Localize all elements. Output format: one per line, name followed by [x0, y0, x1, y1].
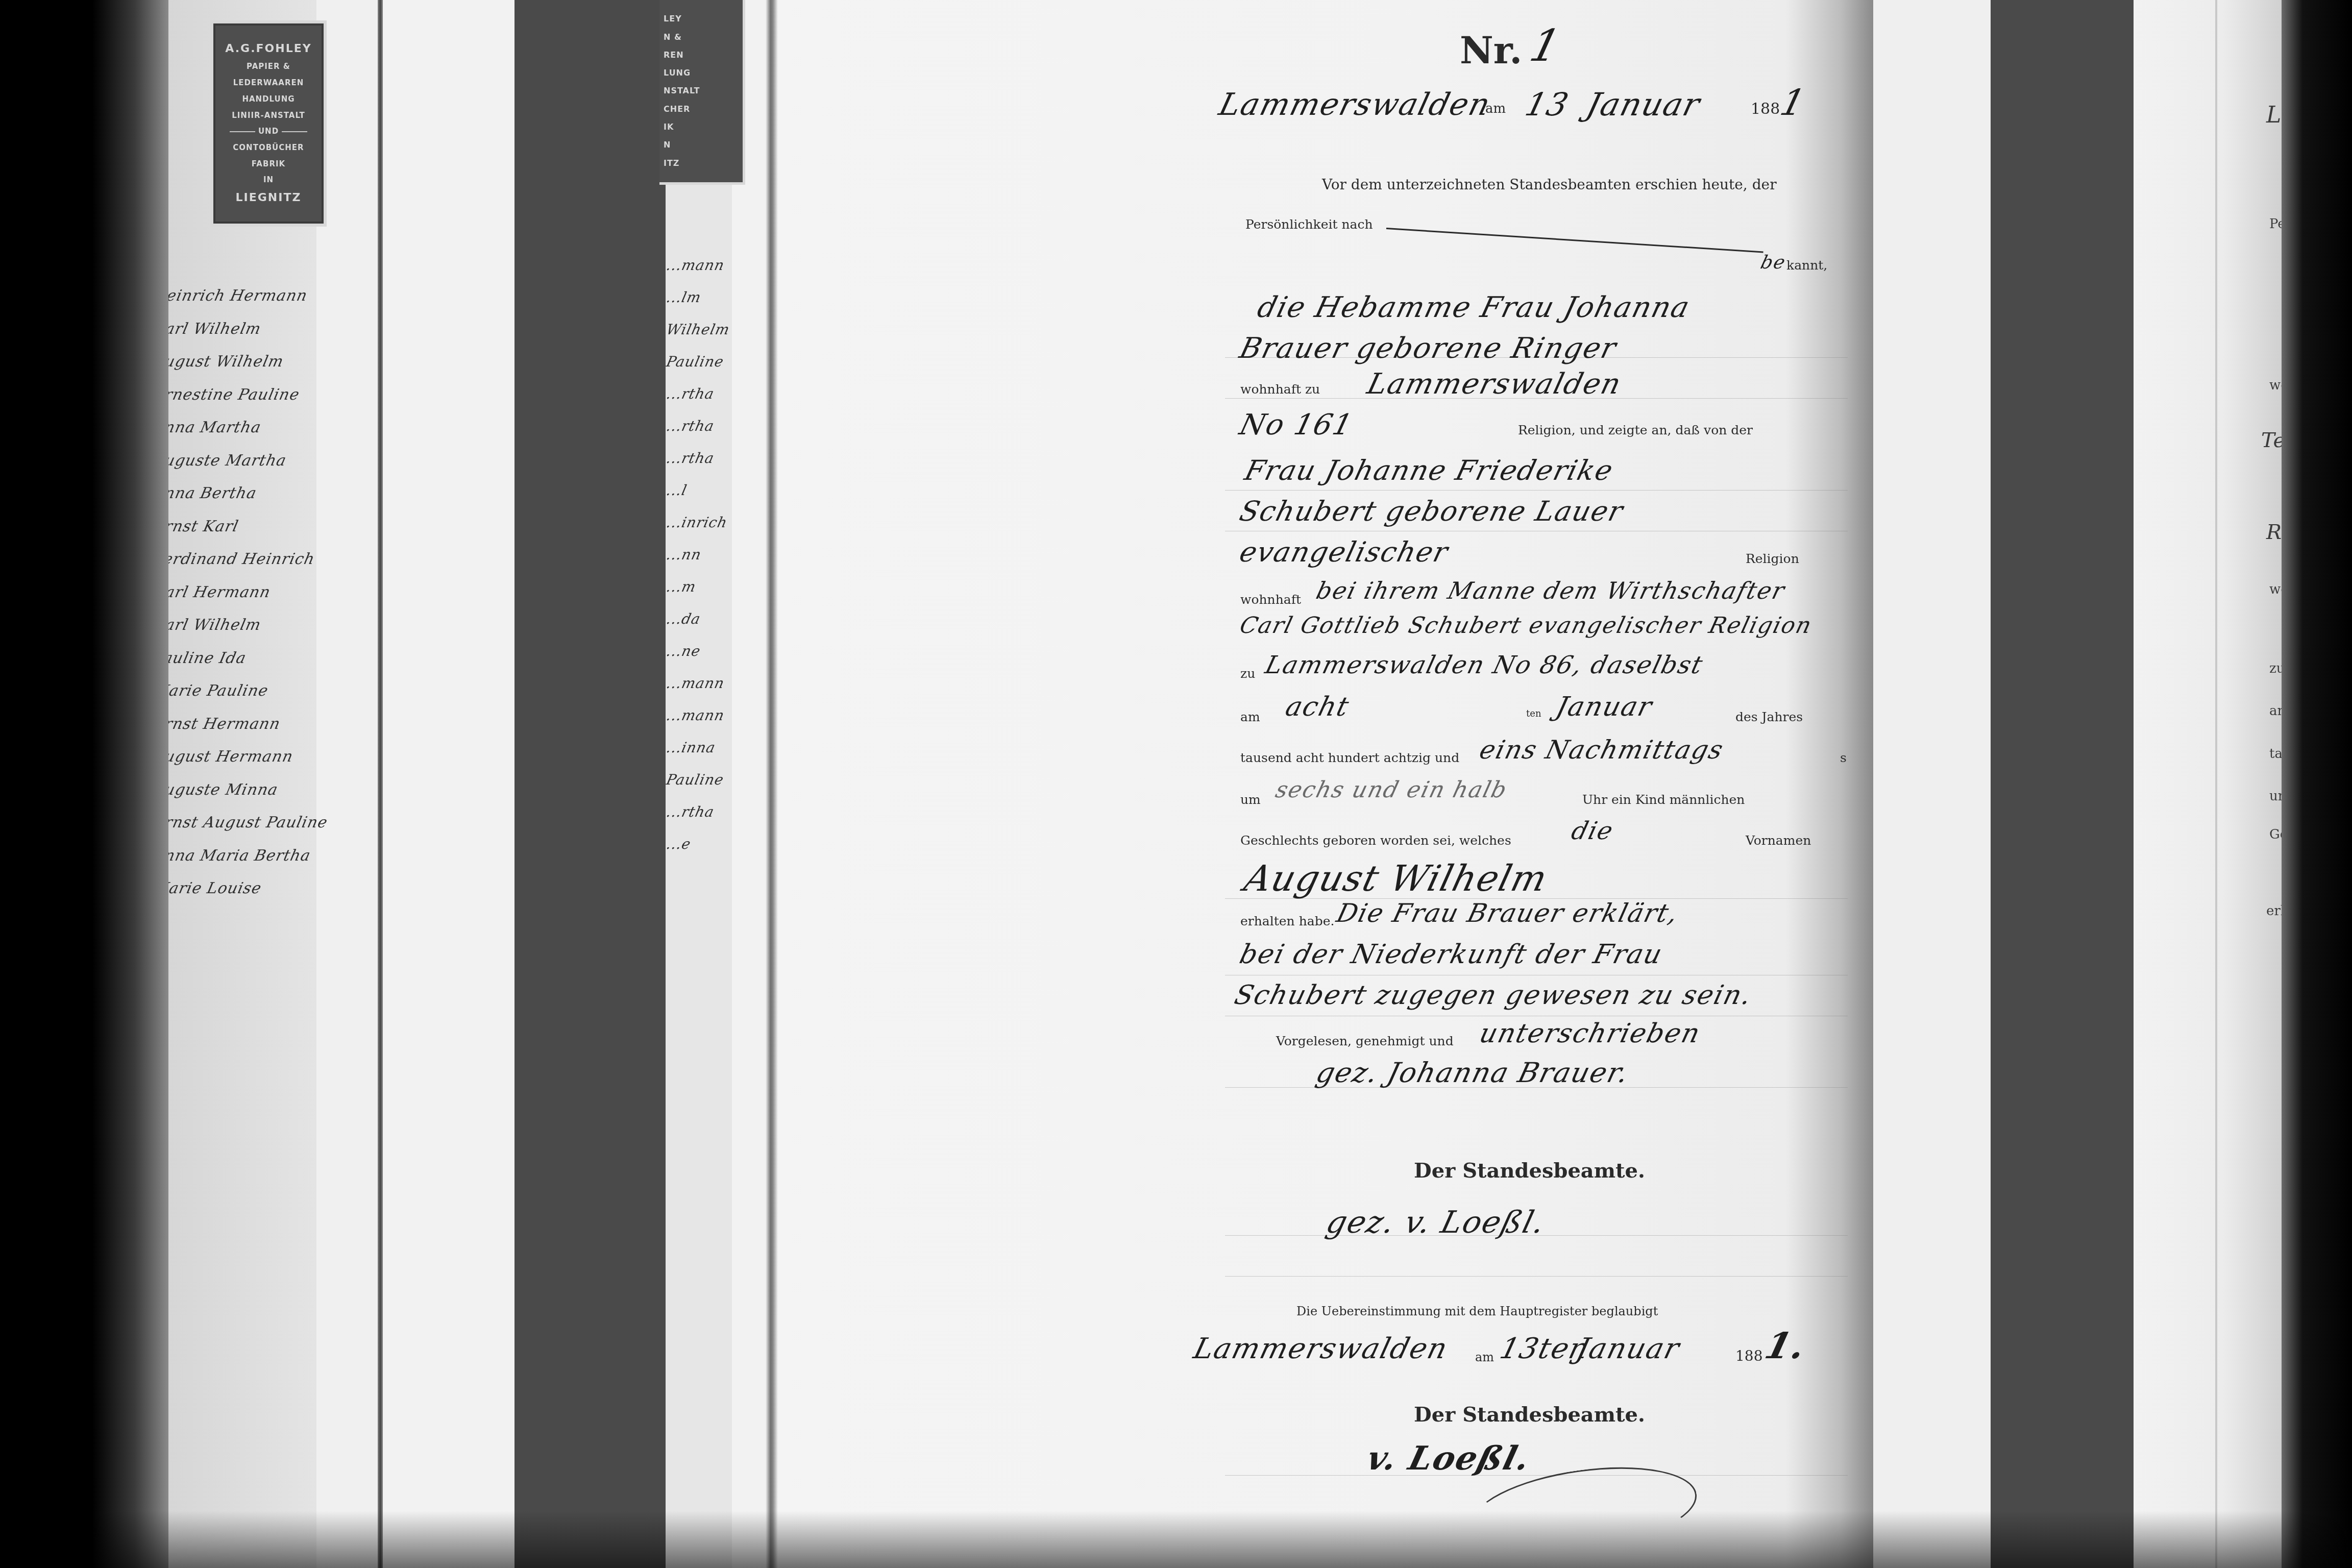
label-line: IN — [263, 176, 274, 184]
handwritten-line: No 161 — [1236, 408, 1357, 442]
list-item: ...rtha — [663, 442, 772, 474]
date-month: Januar — [1583, 86, 1704, 123]
cert-month: Januar — [1573, 1332, 1683, 1365]
printed-suffix: ten — [1526, 708, 1541, 719]
list-item: Anna Maria Bertha — [150, 840, 371, 873]
list-item: ...nn — [663, 538, 772, 571]
year-prefix: 188 — [1735, 1347, 1762, 1364]
given-names: August Wilhelm — [1240, 857, 1552, 899]
label-line: HANDLUNG — [242, 95, 295, 103]
label-line: LINIIR-ANSTALT — [232, 112, 305, 119]
list-item: ...inrich — [663, 506, 772, 538]
list-item: Wilhelm — [663, 313, 772, 346]
blank-page-strip — [1873, 0, 1991, 1568]
label-line: IK — [664, 123, 674, 131]
list-item: Heinrich Hermann — [150, 280, 371, 313]
frame-shadow-left — [0, 0, 168, 1568]
list-item: ...ne — [663, 635, 772, 667]
list-item: ...rtha — [663, 410, 772, 442]
label-line: CONTOBÜCHER — [233, 144, 304, 152]
list-item: Carl Wilhelm — [150, 313, 371, 346]
label-line: N & — [664, 33, 682, 41]
registrar-signature-2: v. Loeßl. — [1363, 1439, 1535, 1478]
printed-line: Religion — [1746, 551, 1799, 566]
printed-line: Vornamen — [1746, 833, 1811, 848]
list-item: Marie Pauline — [150, 675, 371, 708]
ruled-line — [1225, 975, 1848, 975]
label-line: CHER — [664, 105, 690, 113]
handwritten-line: eins Nachmittags — [1477, 735, 1727, 765]
blank-page-strip — [383, 0, 516, 1568]
left-index-list: Heinrich Hermann Carl Wilhelm August Wil… — [153, 280, 367, 905]
page-edge-line — [2215, 0, 2217, 1568]
printed-line: tausend acht hundert achtzig und — [1240, 750, 1459, 765]
list-item: Ferdinand Heinrich — [150, 543, 371, 576]
handwritten-line: die — [1569, 817, 1616, 845]
list-item: Pauline — [663, 764, 772, 796]
label-rule — [282, 131, 307, 132]
label-line: NSTALT — [664, 87, 700, 95]
printed-line: am — [1240, 709, 1260, 724]
handwritten-line: unterschrieben — [1477, 1018, 1704, 1049]
label-line: LEDERWAAREN — [233, 79, 304, 87]
list-item: ...mann — [663, 699, 772, 731]
list-item: ...inna — [663, 731, 772, 764]
year-prefix: 188 — [1751, 100, 1780, 118]
am-label: am — [1475, 1350, 1494, 1364]
list-item: ...rtha — [663, 378, 772, 410]
am-label: am — [1485, 101, 1506, 116]
handwritten-line: Januar — [1553, 692, 1656, 722]
middle-index-list: ...mann ...lm Wilhelm Pauline ...rtha ..… — [667, 249, 769, 860]
cert-place: Lammerswalden — [1190, 1332, 1452, 1365]
label-line: REN — [664, 51, 684, 59]
printed-line: des Jahres — [1735, 709, 1803, 724]
printed-line: Vorgelesen, genehmigt und — [1276, 1034, 1454, 1048]
handwritten-line: Lammerswalden No 86, daselbst — [1262, 651, 1706, 679]
list-item: Pauline — [663, 346, 772, 378]
handwritten-line: Lammerswalden — [1364, 367, 1625, 401]
ruled-line — [1225, 531, 1848, 531]
list-item: Ernst August Pauline — [150, 806, 371, 840]
printed-line: Uhr ein Kind männlichen — [1582, 792, 1745, 807]
printed-line: um — [1240, 792, 1261, 807]
printed-line: erhalten habe. — [1240, 914, 1334, 928]
label-line: A.G.FOHLEY — [225, 43, 311, 55]
list-item: Auguste Minna — [150, 774, 371, 807]
printed-line: kannt, — [1786, 258, 1827, 273]
binder-label: A.G.FOHLEY PAPIER & LEDERWAAREN HANDLUNG… — [213, 23, 324, 224]
handwritten-line: Schubert zugegen gewesen zu sein. — [1232, 980, 1755, 1011]
label-line: LIEGNITZ — [236, 192, 302, 204]
printed-line: Vor dem unterzeichneten Standesbeamten e… — [1322, 176, 1777, 193]
frame-shadow-bottom — [0, 1511, 2352, 1568]
frame-shadow-right — [2282, 0, 2352, 1568]
printed-line: zu — [1240, 666, 1255, 681]
next-register-page — [2134, 0, 2282, 1568]
handwritten-line: acht — [1283, 692, 1353, 722]
informant-signature: gez. Johanna Brauer. — [1313, 1057, 1633, 1089]
registrar-heading: Der Standesbeamte. — [1414, 1159, 1645, 1183]
printed-suffix: s — [1840, 750, 1847, 765]
label-line: PAPIER & — [247, 63, 290, 70]
list-item: ...rtha — [663, 796, 772, 828]
certification-text: Die Uebereinstimmung mit dem Hauptregist… — [1296, 1304, 1658, 1318]
printed-line: Religion, und zeigte an, daß von der — [1518, 423, 1753, 437]
list-item: Carl Hermann — [150, 576, 371, 609]
handwritten-line: Brauer geborene Ringer — [1236, 332, 1621, 365]
dark-divider-strip — [1991, 0, 2134, 1568]
label-line: ITZ — [664, 159, 679, 167]
label-rule — [230, 131, 255, 132]
printed-line: Geschlechts geboren worden sei, welches — [1240, 833, 1511, 848]
registrar-heading-2: Der Standesbeamte. — [1414, 1403, 1645, 1427]
list-item: ...lm — [663, 281, 772, 313]
handwritten-line: Carl Gottlieb Schubert evangelischer Rel… — [1237, 612, 1815, 639]
page-edge-line — [378, 0, 383, 1568]
list-item: August Hermann — [150, 741, 371, 774]
list-item: Anna Bertha — [150, 477, 371, 510]
torn-page-edge — [766, 0, 778, 1568]
list-item: ...e — [663, 828, 772, 860]
label-line: FABRIK — [252, 160, 285, 168]
list-item: Ernestine Pauline — [150, 379, 371, 412]
list-item: Pauline Ida — [150, 642, 371, 675]
list-item: ...mann — [663, 667, 772, 699]
handwritten-line: sechs und ein halb — [1273, 777, 1510, 803]
handwritten-prefix: be — [1758, 252, 1788, 273]
list-item: Marie Louise — [150, 872, 371, 905]
handwritten-line: Schubert geborene Lauer — [1236, 495, 1627, 527]
handwritten-line: Frau Johanne Friederike — [1241, 454, 1617, 486]
list-item: Auguste Martha — [150, 445, 371, 478]
printed-line: wohnhaft zu — [1240, 382, 1320, 397]
entry-number-label: Nr. — [1460, 29, 1522, 72]
label-line: UND — [258, 128, 279, 135]
registrar-signature: gez. v. Loeßl. — [1322, 1205, 1549, 1240]
list-item: August Wilhelm — [150, 346, 371, 379]
handwritten-line: bei ihrem Manne dem Wirthschafter — [1313, 577, 1788, 604]
ruled-line — [1225, 1016, 1848, 1016]
list-item: ...da — [663, 603, 772, 635]
place-handwritten: Lammerswalden — [1215, 87, 1494, 122]
label-divider: UND — [230, 128, 307, 135]
dark-divider-strip — [514, 0, 666, 1568]
binder-label-partial: LEY N & REN LUNG NSTALT CHER IK N ITZ — [659, 0, 745, 185]
list-item: Anna Martha — [150, 411, 371, 445]
ruled-line — [1225, 1276, 1848, 1277]
list-item: Ernst Karl — [150, 510, 371, 544]
ruled-line — [1225, 1475, 1848, 1476]
handwritten-line: Die Frau Brauer erklärt, — [1334, 898, 1682, 928]
label-line: LUNG — [664, 69, 691, 77]
printed-line: wohnhaft — [1240, 592, 1301, 607]
list-item: ...m — [663, 571, 772, 603]
printed-line: Persönlichkeit nach — [1245, 217, 1373, 232]
list-item: ...mann — [663, 249, 772, 281]
handwritten-line: die Hebamme Frau Johanna — [1254, 291, 1694, 324]
list-item: Ernst Hermann — [150, 708, 371, 741]
label-line: N — [664, 141, 671, 149]
ruled-line — [1225, 490, 1848, 491]
handwritten-line: bei der Niederkunft der Frau — [1237, 939, 1666, 970]
list-item: ...l — [663, 474, 772, 506]
list-item: Carl Wilhelm — [150, 609, 371, 642]
handwritten-line: evangelischer — [1236, 536, 1452, 568]
label-line: LEY — [664, 15, 682, 23]
